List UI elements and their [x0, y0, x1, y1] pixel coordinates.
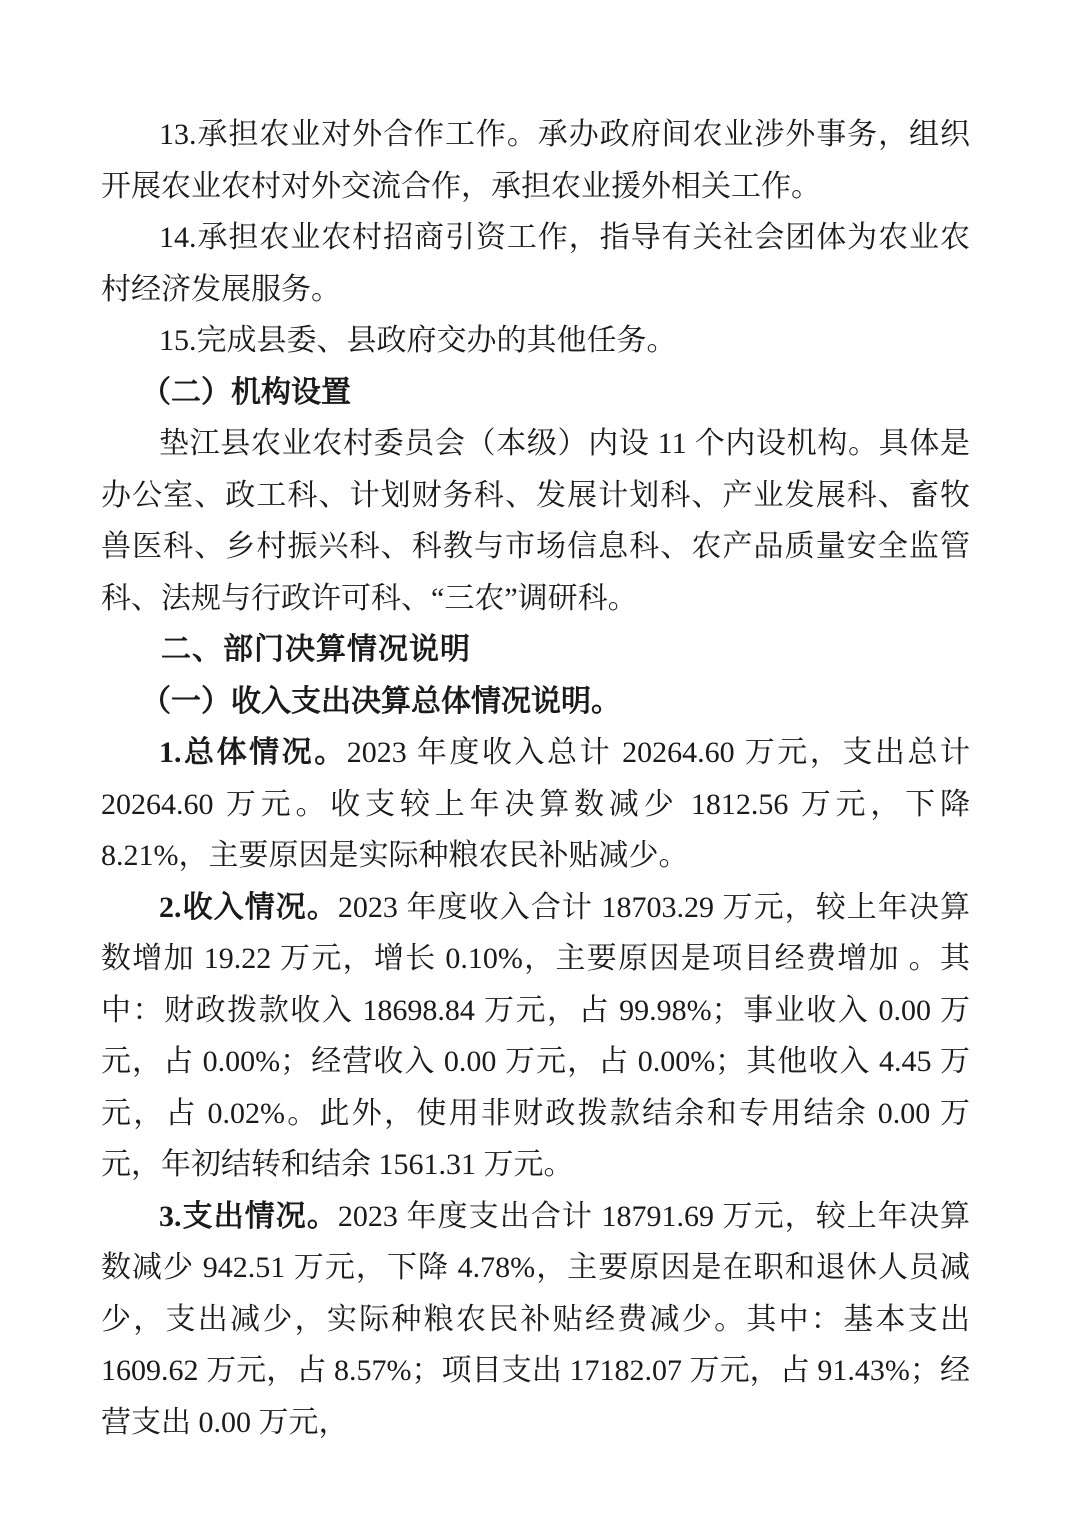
body-paragraph-internal-institutions: 垫江县农业农村委员会（本级）内设 11 个内设机构。具体是办公室、政工科、计划财…	[101, 418, 970, 624]
heading-subsection-income-expense-overview: （一）收入支出决算总体情况说明。	[101, 676, 970, 728]
body-paragraph-duty-14: 14.承担农业农村招商引资工作，指导有关社会团体为农业农村经济发展服务。	[101, 212, 970, 315]
paragraph-overall-situation: 1.总体情况。2023 年度收入总计 20264.60 万元，支出总计 2026…	[101, 727, 970, 882]
paragraph-income-situation: 2.收入情况。2023 年度收入合计 18703.29 万元，较上年决算数增加 …	[101, 882, 970, 1191]
paragraph-income-text: 2023 年度收入合计 18703.29 万元，较上年决算数增加 19.22 万…	[101, 891, 970, 1182]
heading-institution-setup: （二）机构设置	[101, 367, 970, 419]
paragraph-expense-situation: 3.支出情况。2023 年度支出合计 18791.69 万元，较上年决算数减少 …	[101, 1191, 970, 1449]
document-page: 13.承担农业对外合作工作。承办政府间农业涉外事务，组织开展农业农村对外交流合作…	[0, 0, 1074, 1520]
heading-section-final-accounts: 二、部门决算情况说明	[101, 624, 970, 676]
paragraph-expense-text: 2023 年度支出合计 18791.69 万元，较上年决算数减少 942.51 …	[101, 1200, 970, 1439]
paragraph-expense-lead: 3.支出情况。	[159, 1200, 338, 1233]
body-paragraph-duty-15: 15.完成县委、县政府交办的其他任务。	[101, 315, 970, 367]
body-paragraph-duty-13: 13.承担农业对外合作工作。承办政府间农业涉外事务，组织开展农业农村对外交流合作…	[101, 109, 970, 212]
paragraph-income-lead: 2.收入情况。	[159, 891, 338, 924]
paragraph-overall-lead: 1.总体情况。	[159, 736, 347, 769]
